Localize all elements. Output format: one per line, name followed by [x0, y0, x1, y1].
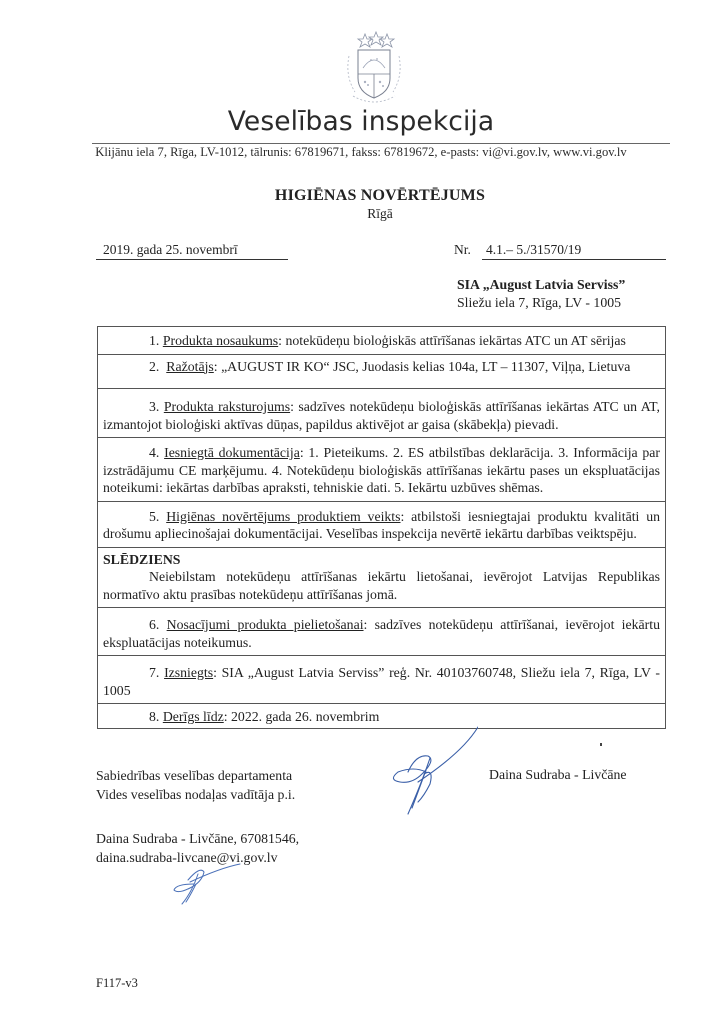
handwritten-initials-icon [160, 862, 250, 912]
item-text: : notekūdeņu bioloģiskās attīrīšanas iek… [278, 333, 626, 348]
document-title: HIGIĒNAS NOVĒRTĒJUMS [0, 187, 722, 205]
item-number: 5. [149, 509, 159, 524]
signer-position-line1: Sabiedrības veselības departamenta [96, 767, 295, 786]
coat-of-arms-logo-icon [341, 26, 407, 110]
item-number: 2. [149, 359, 159, 374]
item-label: Izsniegts [164, 665, 213, 680]
recipient-name: SIA „August Latvia Serviss” [457, 276, 625, 294]
handwritten-signature-icon [378, 722, 478, 822]
item-label: Higiēnas novērtējums produktiem veikts [166, 509, 400, 524]
table-row: 1. Produkta nosaukums: notekūdeņu bioloģ… [98, 327, 665, 354]
item-number: 6. [149, 617, 159, 632]
header-divider [92, 143, 670, 144]
item-number: 3. [149, 399, 159, 414]
document-number: 4.1.– 5./31570/19 [482, 242, 666, 260]
recipient-address: Sliežu iela 7, Rīga, LV - 1005 [457, 294, 625, 312]
table-row: 3. Produkta raksturojums: sadzīves notek… [98, 388, 665, 437]
table-row: 7. Izsniegts: SIA „August Latvia Serviss… [98, 655, 665, 703]
organization-contacts: Klijānu iela 7, Rīga, LV-1012, tālrunis:… [0, 145, 722, 160]
recipient-block: SIA „August Latvia Serviss” Sliežu iela … [457, 276, 625, 312]
table-row: 4. Iesniegtā dokumentācija: 1. Pieteikum… [98, 437, 665, 501]
document-place: Rīgā [0, 206, 722, 222]
organization-name: Veselības inspekcija [0, 106, 722, 137]
item-text: : 2022. gada 26. novembrim [224, 709, 380, 724]
item-number: 8. [149, 709, 159, 724]
signer-position: Sabiedrības veselības departamenta Vides… [96, 767, 295, 804]
item-label: Ražotājs [166, 359, 214, 374]
item-label: Nosacījumi produkta pielietošanai [167, 617, 364, 632]
item-label: Iesniegtā dokumentācija [164, 445, 300, 460]
table-row: 6. Nosacījumi produkta pielietošanai: sa… [98, 607, 665, 655]
conclusion-title: SLĒDZIENS [103, 551, 660, 569]
item-label: Produkta raksturojums [164, 399, 290, 414]
item-text: : „AUGUST IR KO“ JSC, Juodasis kelias 10… [214, 359, 631, 374]
item-number: 1. [149, 333, 159, 348]
conclusion-text: Neiebilstam notekūdeņu attīrīšanas iekār… [103, 568, 660, 603]
item-number: 7. [149, 665, 159, 680]
form-code: F117-v3 [96, 976, 138, 991]
document-date: 2019. gada 25. novembrī [96, 242, 288, 260]
item-label: Derīgs līdz [163, 709, 224, 724]
document-number-label: Nr. [454, 242, 471, 258]
item-label: Produkta nosaukums [163, 333, 278, 348]
table-row: 2. Ražotājs: „AUGUST IR KO“ JSC, Juodasi… [98, 354, 665, 389]
table-row: 5. Higiēnas novērtējums produktiem veikt… [98, 501, 665, 547]
conclusion-row: SLĒDZIENS Neiebilstam notekūdeņu attīrīš… [98, 547, 665, 608]
item-number: 4. [149, 445, 159, 460]
signer-position-line2: Vides veselības nodaļas vadītāja p.i. [96, 786, 295, 805]
contact-person-line1: Daina Sudraba - Livčāne, 67081546, [96, 830, 299, 849]
signer-name: Daina Sudraba - Livčāne [489, 767, 627, 783]
scan-speck [600, 743, 602, 746]
assessment-table: 1. Produkta nosaukums: notekūdeņu bioloģ… [97, 326, 666, 729]
